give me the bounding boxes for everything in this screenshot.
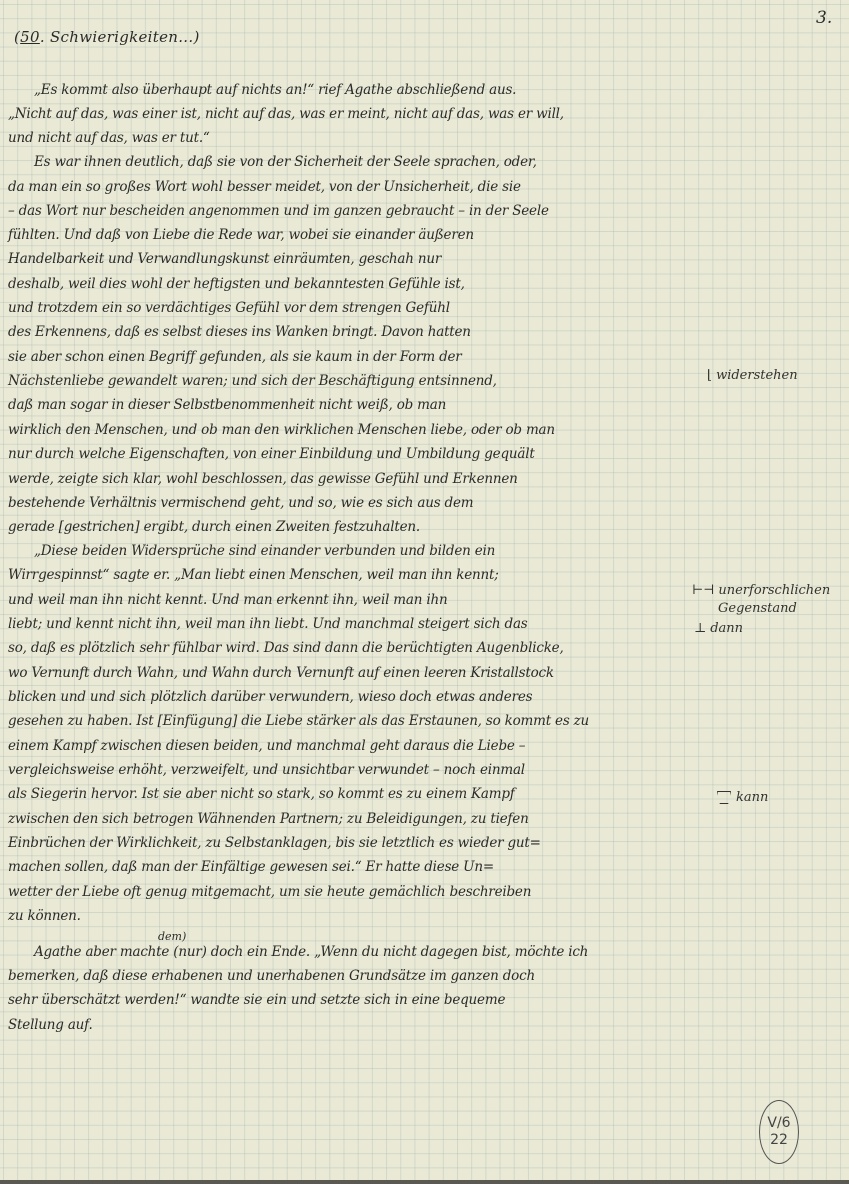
manuscript-line: – das Wort nur bescheiden angenommen und… [8, 203, 549, 219]
manuscript-line: blicken und und sich plötzlich darüber v… [8, 689, 532, 705]
manuscript-line: wo Vernunft durch Wahn, und Wahn durch V… [8, 665, 554, 681]
manuscript-line: machen sollen, daß man der Einfältige ge… [8, 859, 494, 875]
manuscript-line: Agathe aber machte (nur) doch ein Ende. … [34, 944, 588, 960]
manuscript-line: und trotzdem ein so verdächtiges Gefühl … [8, 300, 450, 316]
manuscript-line: vergleichsweise erhöht, verzweifelt, und… [8, 762, 525, 778]
manuscript-line: bemerken, daß diese erhabenen und unerha… [8, 968, 535, 984]
margin-note: kann [717, 790, 768, 805]
manuscript-line: bestehende Verhältnis vermischend geht, … [8, 495, 473, 511]
manuscript-line: wetter der Liebe oft genug mitgemacht, u… [8, 884, 531, 900]
archive-stamp: V/6 22 [759, 1100, 799, 1164]
manuscript-line: zwischen den sich betrogen Wähnenden Par… [8, 811, 529, 827]
manuscript-line: sie aber schon einen Begriff gefunden, a… [8, 349, 462, 365]
manuscript-line: wirklich den Menschen, und ob man den wi… [8, 422, 555, 438]
manuscript-line: Handelbarkeit und Verwandlungskunst einr… [8, 251, 441, 267]
interlinear-insertion: dem) [158, 930, 186, 943]
margin-note: ⊢⊣unerforschlichen [692, 583, 830, 598]
stamp-top: V/6 [767, 1115, 790, 1132]
section-title-text: . Schwierigkeiten... [40, 28, 194, 46]
manuscript-line: Einbrüchen der Wirklichkeit, zu Selbstan… [8, 835, 541, 851]
manuscript-line: „Es kommt also überhaupt auf nichts an!“… [34, 82, 516, 98]
manuscript-line: fühlten. Und daß von Liebe die Rede war,… [8, 227, 474, 243]
manuscript-line: als Siegerin hervor. Ist sie aber nicht … [8, 786, 515, 802]
manuscript-line: einem Kampf zwischen diesen beiden, und … [8, 738, 525, 754]
manuscript-line: gesehen zu haben. Ist [Einfügung] die Li… [8, 713, 589, 729]
stamp-bottom: 22 [770, 1132, 788, 1149]
bracket-mark-icon: ⊥ [694, 621, 706, 636]
manuscript-line: zu können. [8, 908, 81, 924]
page-number: 3. [816, 8, 832, 28]
manuscript-line: Es war ihnen deutlich, daß sie von der S… [34, 154, 537, 170]
manuscript-line: werde, zeigte sich klar, wohl beschlosse… [8, 471, 518, 487]
manuscript-line: gerade [gestrichen] ergibt, durch einen … [8, 519, 420, 535]
manuscript-line: Stellung auf. [8, 1017, 93, 1033]
page-bottom-edge [0, 1180, 849, 1184]
manuscript-line: liebt; und kennt nicht ihn, weil man ihn… [8, 616, 528, 632]
manuscript-line: so, daß es plötzlich sehr fühlbar wird. … [8, 640, 564, 656]
manuscript-line: sehr überschätzt werden!“ wandte sie ein… [8, 992, 505, 1008]
manuscript-line: und weil man ihn nicht kennt. Und man er… [8, 592, 447, 608]
margin-note: ⊥dann [694, 621, 743, 636]
margin-note: ⌊widerstehen [707, 368, 798, 383]
manuscript-line: deshalb, weil dies wohl der heftigsten u… [8, 276, 465, 292]
section-number: 50 [20, 28, 40, 46]
section-title: (50. Schwierigkeiten...) [14, 28, 200, 46]
bracket-mark-icon: ⌊ [707, 368, 712, 383]
manuscript-line: nur durch welche Eigenschaften, von eine… [8, 446, 535, 462]
margin-note: Gegenstand [718, 601, 797, 616]
manuscript-line: Wirrgespinnst“ sagte er. „Man liebt eine… [8, 567, 499, 583]
manuscript-line: „Nicht auf das, was einer ist, nicht auf… [8, 106, 564, 122]
insertion-box-icon [717, 791, 731, 804]
bracket-mark-icon: ⊢⊣ [692, 583, 714, 598]
manuscript-line: daß man sogar in dieser Selbstbenommenhe… [8, 397, 446, 413]
manuscript-line: Nächstenliebe gewandelt waren; und sich … [8, 373, 497, 389]
manuscript-line: da man ein so großes Wort wohl besser me… [8, 179, 521, 195]
manuscript-line: „Diese beiden Widersprüche sind einander… [34, 543, 495, 559]
manuscript-line: des Erkennens, daß es selbst dieses ins … [8, 324, 471, 340]
manuscript-line: und nicht auf das, was er tut.“ [8, 130, 210, 146]
section-title-close-paren: ) [193, 28, 199, 46]
